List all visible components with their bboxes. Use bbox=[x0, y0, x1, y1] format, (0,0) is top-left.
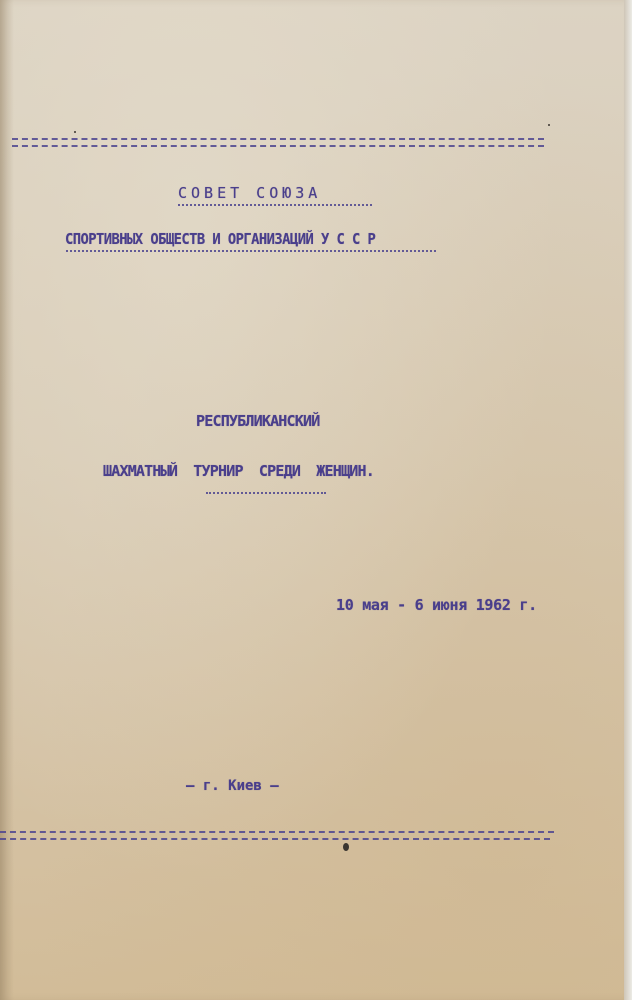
organization-title-line-1-underline bbox=[178, 204, 372, 206]
organization-title-line-1: СОВЕТ СОЮЗА bbox=[178, 184, 321, 202]
organization-title-line-2: СПОРТИВНЫХ ОБЩЕСТВ И ОРГАНИЗАЦИЙ У С С Р bbox=[65, 230, 375, 248]
paper-edge bbox=[624, 0, 632, 1000]
event-title-underline bbox=[206, 492, 326, 494]
ink-speck bbox=[343, 843, 349, 851]
event-title-line-2: ШАХМАТНЫЙ ТУРНИР СРЕДИ ЖЕНЩИН. bbox=[103, 462, 374, 480]
event-title-line-1: РЕСПУБЛИКАНСКИЙ bbox=[196, 412, 319, 430]
top-double-rule-lower bbox=[12, 145, 544, 147]
event-dates: 10 мая - 6 июня 1962 г. bbox=[336, 596, 537, 614]
document-page: СОВЕТ СОЮЗА СПОРТИВНЫХ ОБЩЕСТВ И ОРГАНИЗ… bbox=[0, 0, 624, 1000]
top-double-rule-upper bbox=[12, 138, 544, 140]
dust-speck bbox=[74, 131, 76, 133]
event-city: — г. Киев — bbox=[186, 778, 279, 794]
bottom-double-rule-lower bbox=[0, 838, 550, 840]
bottom-double-rule-upper bbox=[0, 831, 554, 833]
organization-title-line-2-underline bbox=[66, 250, 436, 252]
dust-speck bbox=[548, 124, 550, 126]
